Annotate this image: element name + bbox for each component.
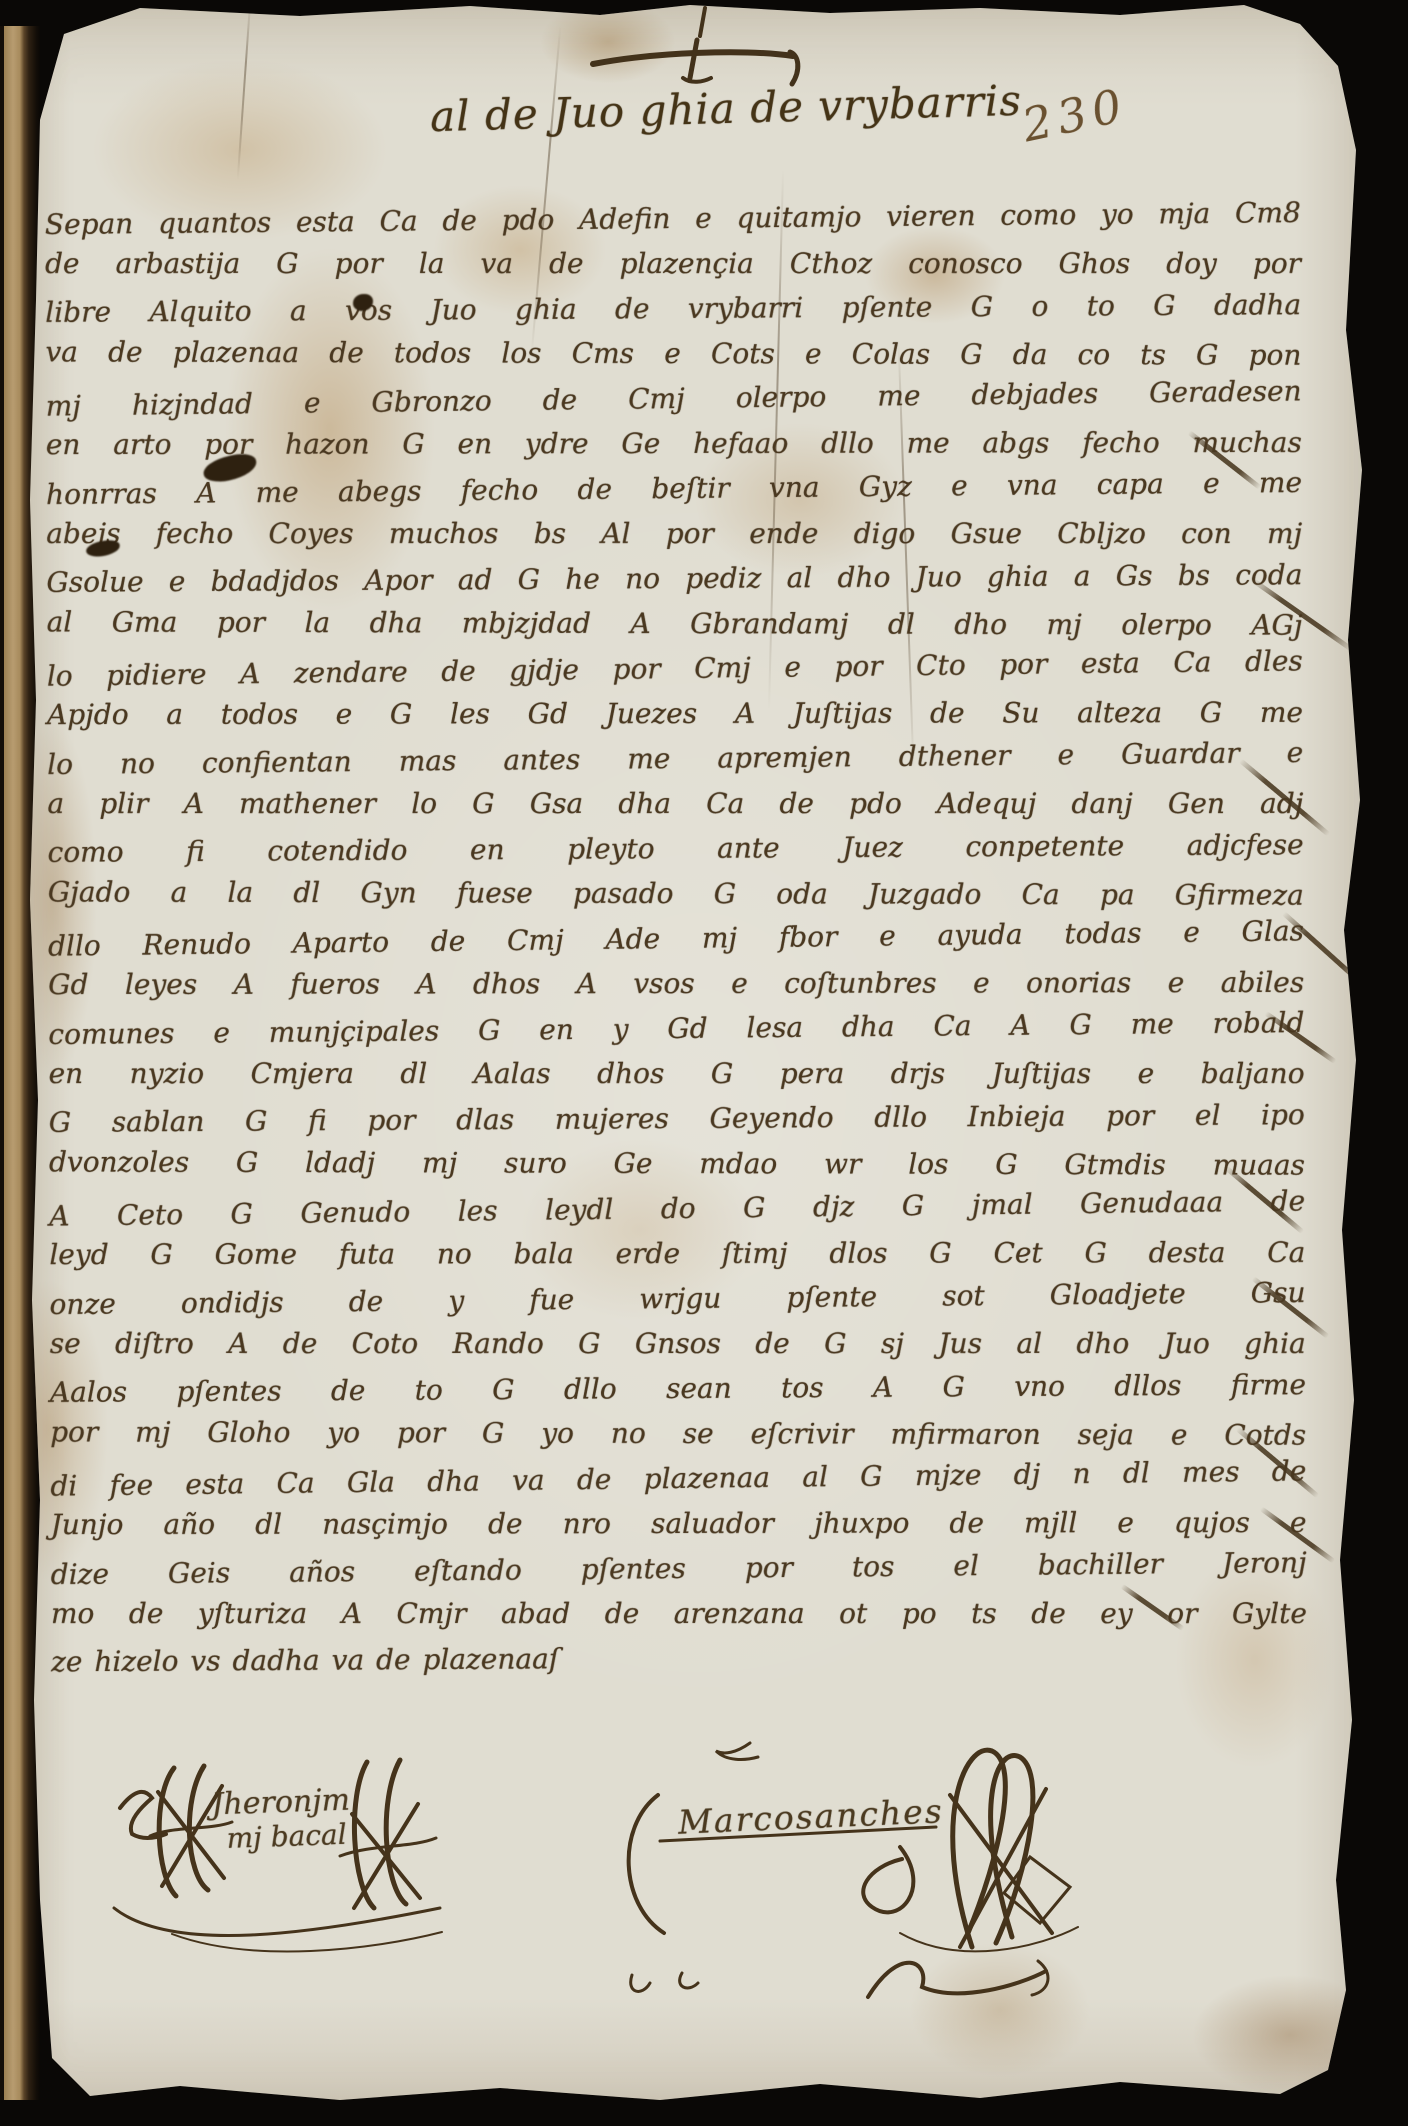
manuscript-line: en nyzio Cmjera dl Aalas dhos G pera drj… bbox=[49, 1051, 1305, 1096]
signature-left: Jheronjm mj bacal bbox=[112, 1756, 452, 1966]
manuscript-line: lo no confientan mas antes me apremjen d… bbox=[47, 730, 1303, 787]
manuscript-line: Gsolue e bdadjdos Apor ad G he no pediz … bbox=[46, 552, 1302, 605]
manuscript-line: Junjo año dl nasçimjo de nro saluador jh… bbox=[51, 1500, 1307, 1547]
manuscript-line: ze hizelo vs dadha va de plazenaaſ bbox=[51, 1635, 767, 1684]
manuscript-line: como fi cotendido en pleyto ante Juez co… bbox=[47, 822, 1303, 875]
manuscript-body: Sepan quantos esta Ca de pdo Adefin e qu… bbox=[45, 193, 1307, 1683]
manuscript-line: Aalos pſentes de to G dllo sean tos A G … bbox=[50, 1362, 1306, 1415]
manuscript-line: libre Alquito a vos Juo ghia de vrybarri… bbox=[45, 282, 1301, 335]
manuscript-line: G sablan G fi por dlas mujeres Geyendo d… bbox=[49, 1092, 1305, 1145]
manuscript-line: dize Geis años eſtando pſentes por tos e… bbox=[51, 1540, 1307, 1597]
folio-number: 230 bbox=[1018, 78, 1133, 153]
signature-left-line2: mj bacal bbox=[226, 1818, 352, 1856]
signature-left-text: Jheronjm mj bacal bbox=[211, 1784, 352, 1857]
manuscript-line: comunes e munjçipales G en y Gd lesa dha… bbox=[48, 1000, 1304, 1057]
binding-gutter bbox=[0, 26, 40, 2100]
manuscript-line: leyd G Gome futa no bala erde ſtimj dlos… bbox=[49, 1230, 1305, 1277]
manuscript-line: Apjdo a todos e G les Gd Juezes A Juſtij… bbox=[47, 690, 1303, 737]
manuscript-line: Sepan quantos esta Ca de pdo Adefin e qu… bbox=[45, 190, 1301, 247]
manuscript-scan: { "document": { "folio_number": "230", "… bbox=[0, 0, 1408, 2126]
manuscript-line: abejs fecho Coyes muchos bs Al por ende … bbox=[46, 511, 1302, 556]
manuscript-line: onze ondidjs de y fue wrjgu pſente sot G… bbox=[49, 1270, 1305, 1327]
manuscript-line: se diſtro A de Coto Rando G Gnsos de G s… bbox=[50, 1321, 1306, 1366]
manuscript-line: Gd leyes A fueros A dhos A vsos e coſtun… bbox=[48, 960, 1304, 1007]
docket-header: al de Juo ghia de vrybarris bbox=[429, 76, 1022, 142]
manuscript-line: de arbastija G por la va de plazençia Ct… bbox=[45, 241, 1301, 286]
manuscript-line: mo de yſturiza A Cmjr abad de arenzana o… bbox=[51, 1591, 1307, 1636]
notary-rubric-icon bbox=[600, 1735, 1090, 2015]
signature-left-line1: Jheronjm bbox=[211, 1784, 351, 1823]
manuscript-line: a plir A mathener lo G Gsa dha Ca de pdo… bbox=[47, 781, 1303, 826]
signature-right: Marcosanches bbox=[600, 1735, 1090, 2015]
paper-crease bbox=[237, 0, 252, 180]
manuscript-page: 230 al de Juo ghia de vrybarris Sepan qu… bbox=[0, 0, 1408, 2126]
